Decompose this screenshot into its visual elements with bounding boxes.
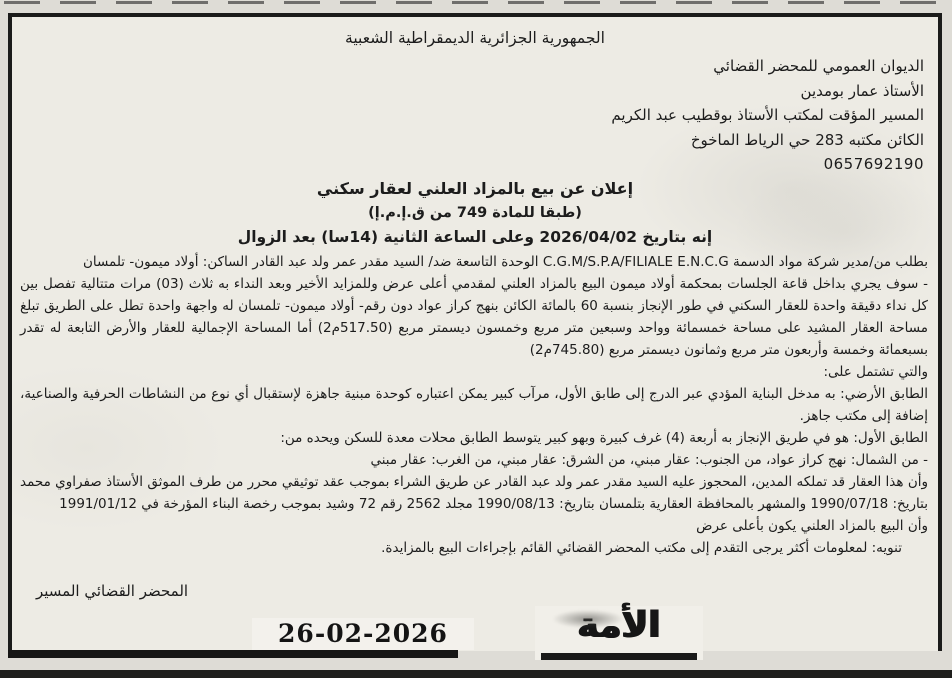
top-dashed-line bbox=[4, 1, 948, 4]
legal-notice-document: الجمهورية الجزائرية الديمقراطية الشعبية … bbox=[12, 17, 938, 651]
logo-smudge bbox=[553, 610, 623, 628]
ground-floor-paragraph: الطابق الأرضي: به مدخل البناية المؤدي عب… bbox=[20, 383, 928, 427]
office-phone: 0657692190 bbox=[26, 152, 924, 177]
publication-date: 26-02-2026 bbox=[252, 618, 474, 650]
notice-title: إعلان عن بيع بالمزاد العلني لعقار سكني bbox=[12, 177, 938, 201]
ownership-paragraph: وأن هذا العقار قد تملكه المدين، المحجوز … bbox=[20, 471, 928, 515]
boundaries-paragraph: - من الشمال: نهج كراز عواد، من الجنوب: ع… bbox=[20, 449, 928, 471]
bailiff-office-block: الديوان العمومي للمحضر القضائي الأستاذ ع… bbox=[26, 54, 924, 177]
ad-frame: الجمهورية الجزائرية الديمقراطية الشعبية … bbox=[8, 13, 942, 651]
auction-datetime: إنه بتاريخ 2026/04/02 وعلى الساعة الثاني… bbox=[12, 225, 938, 249]
bailiff-signature: المحضر القضائي المسير bbox=[36, 582, 188, 600]
notice-title-block: إعلان عن بيع بالمزاد العلني لعقار سكني (… bbox=[12, 177, 938, 249]
contents-intro-line: والتي تشتمل على: bbox=[20, 361, 928, 383]
newspaper-logo-box: الأمة bbox=[535, 606, 703, 660]
bottom-separator-band bbox=[0, 670, 952, 678]
highest-bid-paragraph: وأن البيع بالمزاد العلني يكون بأعلى عرض bbox=[20, 515, 928, 537]
interim-manager-line: المسير المؤقت لمكتب الأستاذ بوقطيب عبد ا… bbox=[26, 103, 924, 128]
office-address-line: الكائن مكتبه 283 حي الرياط الماخوخ bbox=[26, 128, 924, 153]
frame-bottom-bar bbox=[8, 650, 458, 658]
legal-article-ref: (طبقا للمادة 749 من ق.إ.م.إ) bbox=[12, 201, 938, 225]
first-floor-paragraph: الطابق الأول: هو في طريق الإنجاز به أربع… bbox=[20, 427, 928, 449]
auction-terms-paragraph: - سوف يجري بداخل قاعة الجلسات بمحكمة أول… bbox=[20, 273, 928, 361]
notice-body: بطلب من/مدير شركة مواد الدسمة C.G.M/S.P.… bbox=[20, 251, 928, 559]
notice-info-paragraph: تنويه: لمعلومات أكثر يرجى التقدم إلى مكت… bbox=[20, 537, 928, 559]
republic-heading: الجمهورية الجزائرية الديمقراطية الشعبية bbox=[12, 29, 938, 47]
office-name-line: الديوان العمومي للمحضر القضائي bbox=[26, 54, 924, 79]
request-parties-paragraph: بطلب من/مدير شركة مواد الدسمة C.G.M/S.P.… bbox=[20, 251, 928, 273]
logo-slogan-bar bbox=[541, 653, 697, 660]
bailiff-name-line: الأستاذ عمار بومدين bbox=[26, 79, 924, 104]
